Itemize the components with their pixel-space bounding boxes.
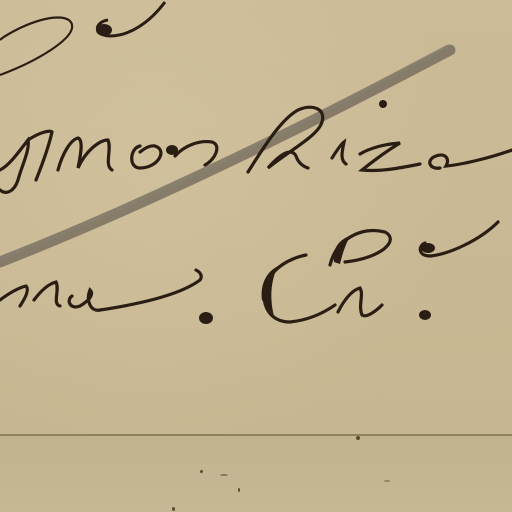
handwritten-paper-photo: ynorhiza na. Ed.: [0, 0, 512, 512]
paper-speck: [238, 488, 240, 492]
paper-speck: [356, 436, 360, 440]
paper-speck: [220, 474, 228, 476]
paper-speck: [200, 470, 203, 473]
paper-speck: [384, 480, 390, 482]
paper-speck: [172, 507, 175, 511]
handwriting-ink: [0, 0, 512, 512]
